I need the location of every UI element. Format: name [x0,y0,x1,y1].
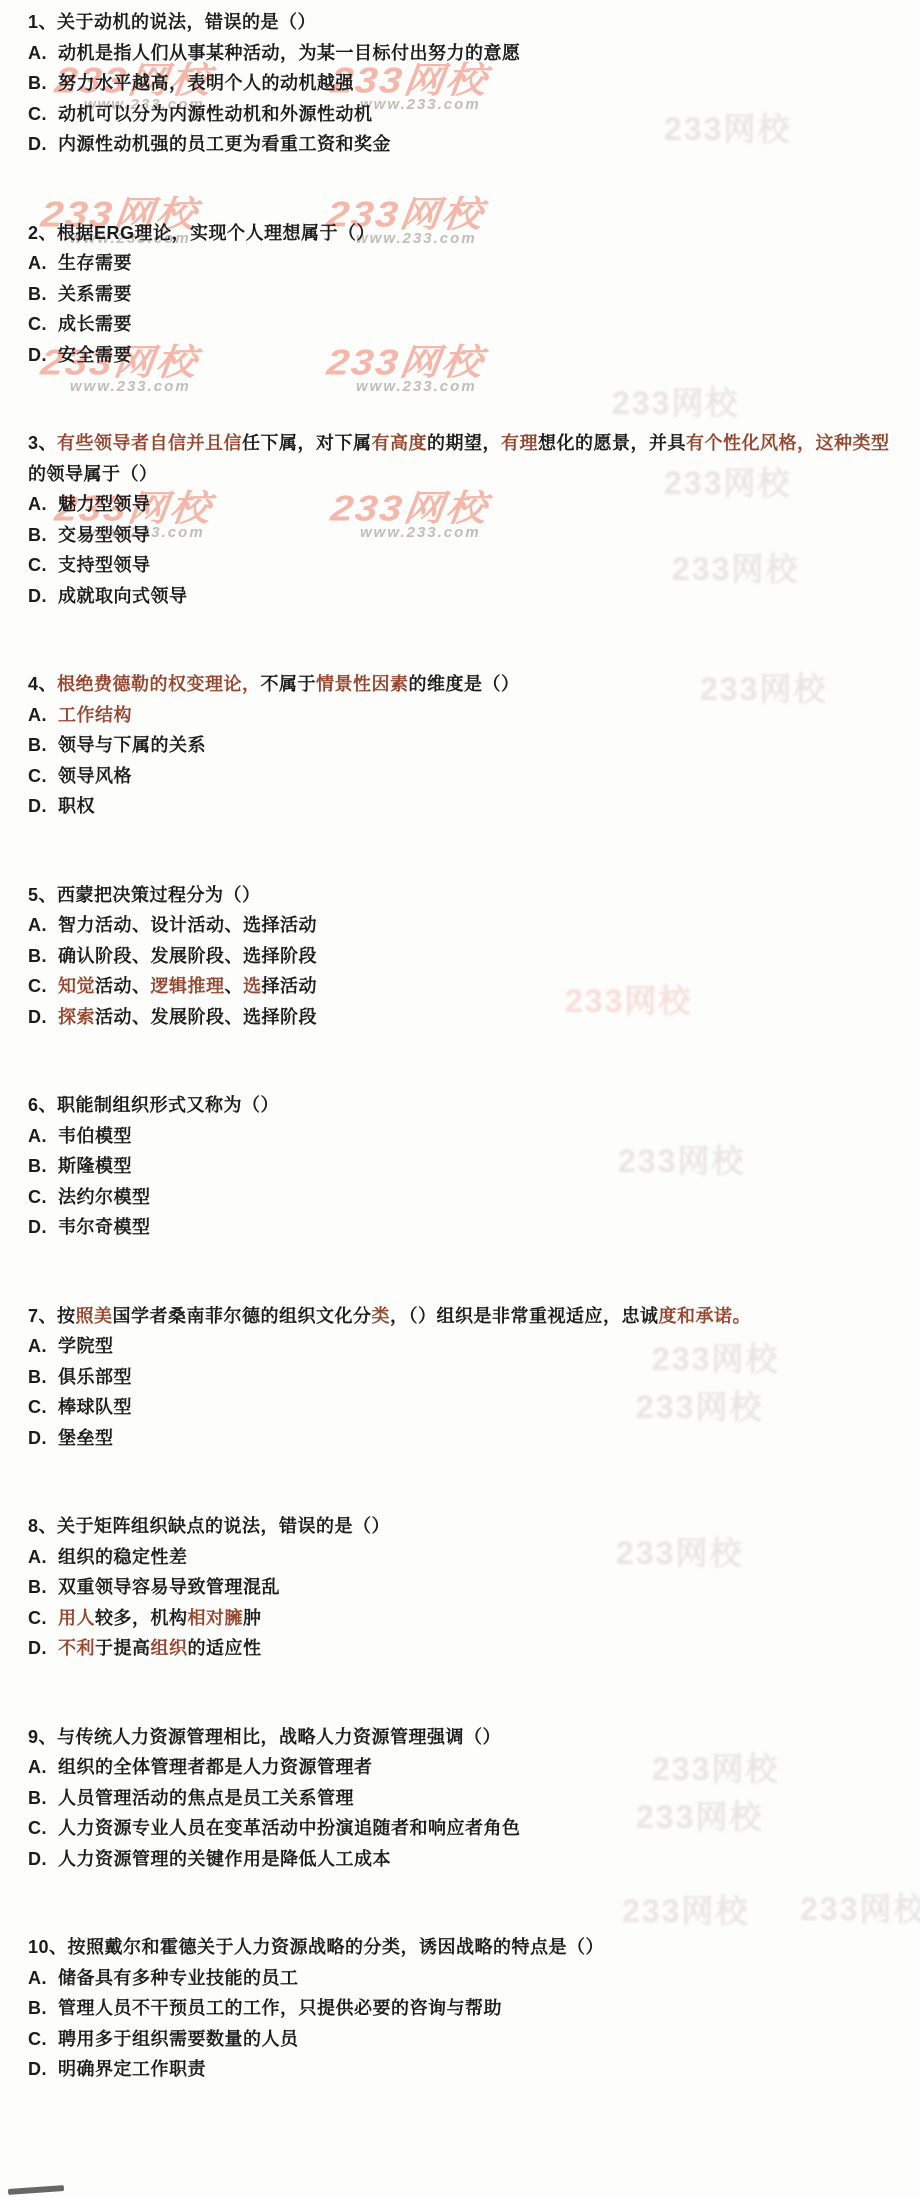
option-label: D. [28,129,58,160]
question-block: 5、西蒙把决策过程分为（） A.智力活动、设计活动、选择活动 B.确认阶段、发展… [28,880,910,1033]
text-run: 的领导属于（） [28,464,158,484]
option-text: 斯隆模型 [58,1156,132,1176]
option-row: D.堡垒型 [28,1423,910,1454]
text-run: 照美 [76,1306,113,1326]
text-run: 于提高 [95,1638,151,1658]
text-run: 内源性动机强的员工更为看重工资和奖金 [58,134,391,154]
question-block: 4、根绝费德勒的权变理论，不属于情景性因素的维度是（） A.工作结构 B.领导与… [28,669,910,822]
text-run: 与传统人力资源管理相比，战略人力资源管理强调（） [57,1727,501,1747]
question-title-row: 6、职能制组织形式又称为（） [28,1090,910,1121]
text-run: 组织的稳定性差 [58,1547,188,1567]
question-number: 7、 [28,1306,57,1326]
text-run: 的适应性 [188,1638,262,1658]
text-run: 按 [57,1306,76,1326]
option-row: A.组织的稳定性差 [28,1542,910,1573]
option-label: B. [28,520,58,551]
question-title-row: 3、有些领导者自信并且信任下属，对下属有高度的期望，有理想化的愿景，并具有个性化… [28,428,910,489]
text-run: 储备具有多种专业技能的员工 [58,1968,299,1988]
option-row: B.领导与下属的关系 [28,730,910,761]
text-run: 较多，机构 [95,1608,188,1628]
question-block: 10、按照戴尔和霍德关于人力资源战略的分类，诱因战略的特点是（） A.储备具有多… [28,1932,910,2085]
option-list: A.学院型 B.俱乐部型 C.棒球队型 D.堡垒型 [28,1331,910,1453]
option-text: 韦尔奇模型 [58,1217,151,1237]
question-title: 根据ERG理论，实现个人理想属于（） [57,223,375,243]
option-list: A.智力活动、设计活动、选择活动 B.确认阶段、发展阶段、选择阶段 C.知觉活动… [28,910,910,1032]
option-row: A.魅力型领导 [28,489,910,520]
text-run: 关系需要 [58,284,132,304]
text-run: 相对臃 [188,1608,244,1628]
option-label: B. [28,1783,58,1814]
option-text: 俱乐部型 [58,1367,132,1387]
option-text: 动机可以分为内源性动机和外源性动机 [58,104,373,124]
text-run: 关于矩阵组织缺点的说法，错误的是（） [57,1516,390,1536]
option-text: 人力资源专业人员在变革活动中扮演追随者和响应者角色 [58,1818,521,1838]
option-text: 魅力型领导 [58,494,151,514]
text-run: 知觉 [58,976,95,996]
text-run: 职权 [58,796,95,816]
option-text: 韦伯模型 [58,1126,132,1146]
option-label: A. [28,248,58,279]
text-run: 西蒙把决策过程分为（） [57,885,261,905]
question-title-row: 8、关于矩阵组织缺点的说法，错误的是（） [28,1511,910,1542]
option-label: C. [28,309,58,340]
option-list: A.组织的稳定性差 B.双重领导容易导致管理混乱 C.用人较多，机构相对臃肿 D… [28,1542,910,1664]
question-number: 5、 [28,885,57,905]
option-text: 动机是指人们从事某种活动，为某一目标付出努力的意愿 [58,43,521,63]
option-row: D.成就取向式领导 [28,581,910,612]
text-run: 人员管理活动的焦点是员工关系管理 [58,1788,354,1808]
text-run: 探索 [58,1007,95,1027]
option-label: A. [28,1963,58,1994]
option-label: C. [28,2024,58,2055]
text-run: 情景性因素 [316,674,409,694]
text-run: 俱乐部型 [58,1367,132,1387]
question-list: 1、关于动机的说法，错误的是（） A.动机是指人们从事某种活动，为某一目标付出努… [28,7,910,2143]
option-text: 安全需要 [58,345,132,365]
option-row: C.领导风格 [28,761,910,792]
option-row: A.生存需要 [28,248,910,279]
question-block: 2、根据ERG理论，实现个人理想属于（） A.生存需要 B.关系需要 C.成长需… [28,218,910,371]
option-label: C. [28,550,58,581]
text-run: 根绝费德勒的权变理论， [57,674,261,694]
option-list: A.工作结构 B.领导与下属的关系 C.领导风格 D.职权 [28,700,910,822]
option-row: D.职权 [28,791,910,822]
option-text: 成长需要 [58,314,132,334]
text-run: 有些领导者自信并且信 [57,433,242,453]
option-label: C. [28,971,58,1002]
option-row: B.俱乐部型 [28,1362,910,1393]
option-row: B.确认阶段、发展阶段、选择阶段 [28,941,910,972]
option-row: C.知觉活动、逻辑推理、选择活动 [28,971,910,1002]
option-row: A.储备具有多种专业技能的员工 [28,1963,910,1994]
option-text: 组织的全体管理者都是人力资源管理者 [58,1757,373,1777]
option-text: 管理人员不干预员工的工作，只提供必要的咨询与帮助 [58,1998,502,2018]
question-block: 9、与传统人力资源管理相比，战略人力资源管理强调（） A.组织的全体管理者都是人… [28,1722,910,1875]
option-text: 储备具有多种专业技能的员工 [58,1968,299,1988]
text-run: 逻辑推理 [151,976,225,996]
option-label: A. [28,1331,58,1362]
option-label: A. [28,700,58,731]
text-run: 韦伯模型 [58,1126,132,1146]
text-run: 活动、发展阶段、选择阶段 [95,1007,317,1027]
text-run: 用人 [58,1608,95,1628]
text-run: 想化的愿景，并具 [538,433,686,453]
text-run: 管理人员不干预员工的工作，只提供必要的咨询与帮助 [58,1998,502,2018]
option-text: 知觉活动、逻辑推理、选择活动 [58,976,317,996]
option-list: A.生存需要 B.关系需要 C.成长需要 D.安全需要 [28,248,910,370]
option-row: A.学院型 [28,1331,910,1362]
text-run: 、 [225,976,244,996]
option-text: 工作结构 [58,705,132,725]
text-run: 聘用多于组织需要数量的人员 [58,2029,299,2049]
question-title: 职能制组织形式又称为（） [57,1095,279,1115]
option-text: 学院型 [58,1336,114,1356]
question-title-row: 7、按照美国学者桑南菲尔德的组织文化分类，（）组织是非常重视适应，忠诚度和承诺。 [28,1301,910,1332]
text-run: 堡垒型 [58,1428,114,1448]
option-label: B. [28,1362,58,1393]
option-text: 人力资源管理的关键作用是降低人工成本 [58,1849,391,1869]
text-run: 韦尔奇模型 [58,1217,151,1237]
text-run: 生存需要 [58,253,132,273]
option-row: D.韦尔奇模型 [28,1212,910,1243]
option-row: B.斯隆模型 [28,1151,910,1182]
option-list: A.动机是指人们从事某种活动，为某一目标付出努力的意愿 B.努力水平越高，表明个… [28,38,910,160]
option-row: C.聘用多于组织需要数量的人员 [28,2024,910,2055]
text-run: 交易型领导 [58,525,151,545]
option-text: 明确界定工作职责 [58,2059,206,2079]
question-title-row: 5、西蒙把决策过程分为（） [28,880,910,911]
option-row: D.不利于提高组织的适应性 [28,1633,910,1664]
text-run: 的期望， [427,433,501,453]
option-label: B. [28,1151,58,1182]
text-run: 类 [372,1306,391,1326]
question-title-row: 9、与传统人力资源管理相比，战略人力资源管理强调（） [28,1722,910,1753]
question-number: 9、 [28,1727,57,1747]
option-list: A.储备具有多种专业技能的员工 B.管理人员不干预员工的工作，只提供必要的咨询与… [28,1963,910,2085]
option-label: B. [28,279,58,310]
option-label: D. [28,1633,58,1664]
option-row: A.动机是指人们从事某种活动，为某一目标付出努力的意愿 [28,38,910,69]
text-run: 成长需要 [58,314,132,334]
option-row: D.人力资源管理的关键作用是降低人工成本 [28,1844,910,1875]
option-label: C. [28,1813,58,1844]
text-run: ，（）组织是非常重视适应，忠诚 [390,1306,659,1326]
option-label: D. [28,1212,58,1243]
exam-question-sheet: 233网校233网校233网校233网校233网校233网校233网校233网校… [0,0,920,2197]
option-label: D. [28,791,58,822]
option-text: 内源性动机强的员工更为看重工资和奖金 [58,134,391,154]
option-row: C.成长需要 [28,309,910,340]
text-run: 职能制组织形式又称为（） [57,1095,279,1115]
option-row: D.探索活动、发展阶段、选择阶段 [28,1002,910,1033]
option-label: B. [28,1572,58,1603]
text-run: 领导与下属的关系 [58,735,206,755]
text-run: 组织 [151,1638,188,1658]
option-text: 聘用多于组织需要数量的人员 [58,2029,299,2049]
option-label: A. [28,38,58,69]
text-run: 不属于 [261,674,317,694]
option-label: B. [28,68,58,99]
option-list: A.组织的全体管理者都是人力资源管理者 B.人员管理活动的焦点是员工关系管理 C… [28,1752,910,1874]
text-run: 有理 [501,433,538,453]
option-label: A. [28,1752,58,1783]
option-row: A.智力活动、设计活动、选择活动 [28,910,910,941]
option-label: B. [28,941,58,972]
text-run: 选 [243,976,262,996]
option-text: 成就取向式领导 [58,586,188,606]
option-label: D. [28,1423,58,1454]
question-title-row: 2、根据ERG理论，实现个人理想属于（） [28,218,910,249]
option-label: C. [28,99,58,130]
text-run: 动机是指人们从事某种活动，为某一目标付出努力的意愿 [58,43,521,63]
option-row: C.法约尔模型 [28,1182,910,1213]
option-label: D. [28,581,58,612]
text-run: 任下属，对下属 [242,433,372,453]
option-text: 堡垒型 [58,1428,114,1448]
option-label: C. [28,1182,58,1213]
text-run: 法约尔模型 [58,1187,151,1207]
option-label: D. [28,2054,58,2085]
question-number: 4、 [28,674,57,694]
question-title-row: 10、按照戴尔和霍德关于人力资源战略的分类，诱因战略的特点是（） [28,1932,910,1963]
option-text: 双重领导容易导致管理混乱 [58,1577,280,1597]
option-text: 确认阶段、发展阶段、选择阶段 [58,946,317,966]
option-row: C.棒球队型 [28,1392,910,1423]
option-label: B. [28,1993,58,2024]
text-run: 安全需要 [58,345,132,365]
question-number: 3、 [28,433,57,453]
option-row: C.用人较多，机构相对臃肿 [28,1603,910,1634]
text-run: 成就取向式领导 [58,586,188,606]
option-text: 交易型领导 [58,525,151,545]
text-run: 肿 [243,1608,262,1628]
option-row: B.人员管理活动的焦点是员工关系管理 [28,1783,910,1814]
option-row: D.明确界定工作职责 [28,2054,910,2085]
option-list: A.韦伯模型 B.斯隆模型 C.法约尔模型 D.韦尔奇模型 [28,1121,910,1243]
question-title-row: 1、关于动机的说法，错误的是（） [28,7,910,38]
option-label: C. [28,1603,58,1634]
option-row: D.安全需要 [28,340,910,371]
option-row: B.关系需要 [28,279,910,310]
text-run: 工作结构 [58,705,132,725]
text-run: 活动、 [95,976,151,996]
text-run: 关于动机的说法，错误的是（） [57,12,316,32]
question-title: 按照美国学者桑南菲尔德的组织文化分类，（）组织是非常重视适应，忠诚度和承诺。 [57,1306,751,1326]
question-title: 关于动机的说法，错误的是（） [57,12,316,32]
text-run: 魅力型领导 [58,494,151,514]
text-run: 人力资源管理的关键作用是降低人工成本 [58,1849,391,1869]
text-run: 领导风格 [58,766,132,786]
question-title-row: 4、根绝费德勒的权变理论，不属于情景性因素的维度是（） [28,669,910,700]
text-run: 择活动 [262,976,318,996]
text-run: 学院型 [58,1336,114,1356]
text-run: 度和承诺。 [659,1306,752,1326]
question-title: 有些领导者自信并且信任下属，对下属有高度的期望，有理想化的愿景，并具有个性化风格… [28,433,890,484]
question-title: 与传统人力资源管理相比，战略人力资源管理强调（） [57,1727,501,1747]
text-run: 国学者桑南菲尔德的组织文化分 [113,1306,372,1326]
option-text: 关系需要 [58,284,132,304]
option-row: B.努力水平越高，表明个人的动机越强 [28,68,910,99]
option-row: A.韦伯模型 [28,1121,910,1152]
text-run: 支持型领导 [58,555,151,575]
text-run: 有个性化风格，这种类型 [686,433,890,453]
option-row: A.工作结构 [28,700,910,731]
option-row: B.双重领导容易导致管理混乱 [28,1572,910,1603]
option-row: C.支持型领导 [28,550,910,581]
text-run: 根据ERG理论，实现个人理想属于（） [57,223,375,243]
option-label: C. [28,761,58,792]
text-run: 明确界定工作职责 [58,2059,206,2079]
question-block: 3、有些领导者自信并且信任下属，对下属有高度的期望，有理想化的愿景，并具有个性化… [28,428,910,611]
question-title: 西蒙把决策过程分为（） [57,885,261,905]
question-number: 10、 [28,1937,68,1957]
option-label: C. [28,1392,58,1423]
question-number: 8、 [28,1516,57,1536]
question-block: 1、关于动机的说法，错误的是（） A.动机是指人们从事某种活动，为某一目标付出努… [28,7,910,160]
option-label: D. [28,1002,58,1033]
question-number: 6、 [28,1095,57,1115]
option-row: C.人力资源专业人员在变革活动中扮演追随者和响应者角色 [28,1813,910,1844]
text-run: 不利 [58,1638,95,1658]
text-run: 确认阶段、发展阶段、选择阶段 [58,946,317,966]
question-title: 关于矩阵组织缺点的说法，错误的是（） [57,1516,390,1536]
option-label: A. [28,1121,58,1152]
text-run: 按照戴尔和霍德关于人力资源战略的分类，诱因战略的特点是（） [68,1937,605,1957]
option-row: A.组织的全体管理者都是人力资源管理者 [28,1752,910,1783]
option-list: A.魅力型领导 B.交易型领导 C.支持型领导 D.成就取向式领导 [28,489,910,611]
question-block: 8、关于矩阵组织缺点的说法，错误的是（） A.组织的稳定性差 B.双重领导容易导… [28,1511,910,1664]
option-label: A. [28,489,58,520]
question-block: 7、按照美国学者桑南菲尔德的组织文化分类，（）组织是非常重视适应，忠诚度和承诺。… [28,1301,910,1454]
option-row: B.交易型领导 [28,520,910,551]
option-text: 探索活动、发展阶段、选择阶段 [58,1007,317,1027]
option-text: 职权 [58,796,95,816]
scan-artifact [8,2185,64,2195]
option-label: A. [28,910,58,941]
text-run: 斯隆模型 [58,1156,132,1176]
option-row: C.动机可以分为内源性动机和外源性动机 [28,99,910,130]
option-label: D. [28,1844,58,1875]
option-text: 法约尔模型 [58,1187,151,1207]
option-row: B.管理人员不干预员工的工作，只提供必要的咨询与帮助 [28,1993,910,2024]
text-run: 棒球队型 [58,1397,132,1417]
question-number: 1、 [28,12,57,32]
question-title: 按照戴尔和霍德关于人力资源战略的分类，诱因战略的特点是（） [68,1937,605,1957]
text-run: 智力活动、设计活动、选择活动 [58,915,317,935]
question-number: 2、 [28,223,57,243]
text-run: 组织的全体管理者都是人力资源管理者 [58,1757,373,1777]
option-row: D.内源性动机强的员工更为看重工资和奖金 [28,129,910,160]
text-run: 双重领导容易导致管理混乱 [58,1577,280,1597]
option-text: 领导风格 [58,766,132,786]
option-text: 棒球队型 [58,1397,132,1417]
option-label: D. [28,340,58,371]
option-text: 智力活动、设计活动、选择活动 [58,915,317,935]
option-text: 领导与下属的关系 [58,735,206,755]
text-run: 努力水平越高，表明个人的动机越强 [58,73,354,93]
option-text: 生存需要 [58,253,132,273]
text-run: 人力资源专业人员在变革活动中扮演追随者和响应者角色 [58,1818,521,1838]
text-run: 的维度是（） [409,674,520,694]
question-block: 6、职能制组织形式又称为（） A.韦伯模型 B.斯隆模型 C.法约尔模型 D.韦… [28,1090,910,1243]
text-run: 动机可以分为内源性动机和外源性动机 [58,104,373,124]
option-text: 努力水平越高，表明个人的动机越强 [58,73,354,93]
option-text: 不利于提高组织的适应性 [58,1638,262,1658]
question-title: 根绝费德勒的权变理论，不属于情景性因素的维度是（） [57,674,520,694]
option-label: B. [28,730,58,761]
text-run: 有高度 [372,433,428,453]
option-text: 人员管理活动的焦点是员工关系管理 [58,1788,354,1808]
option-text: 支持型领导 [58,555,151,575]
option-text: 组织的稳定性差 [58,1547,188,1567]
option-text: 用人较多，机构相对臃肿 [58,1608,262,1628]
option-label: A. [28,1542,58,1573]
